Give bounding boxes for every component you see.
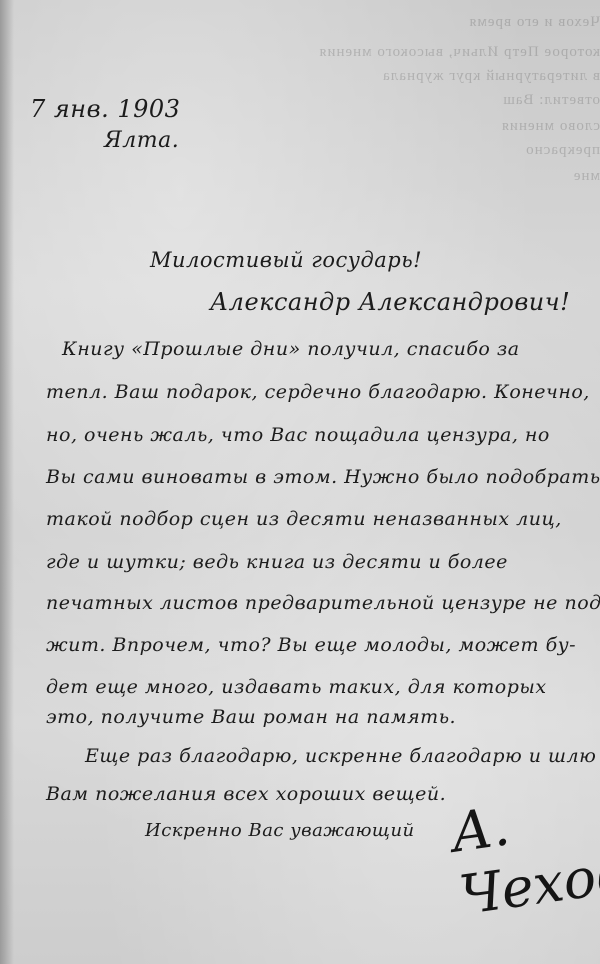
bleed-through-text: в литературный круг журнала xyxy=(0,68,600,85)
letter-place: Ялта. xyxy=(104,128,179,153)
body-line: но, очень жаль, что Вас пощадила цензура… xyxy=(46,424,550,446)
bleed-through-text: прекрасно xyxy=(0,142,600,159)
body-line: такой подбор сцен из десяти неназванных … xyxy=(46,508,562,530)
bleed-through-text: Чехов и его время xyxy=(0,14,600,31)
body-line: Еще раз благодарю, искренне благодарю и … xyxy=(85,745,596,767)
letter-page: Чехов и его время которое Петр Ильич, вы… xyxy=(0,0,600,964)
letter-date: 7 янв. 1903 xyxy=(30,95,180,123)
body-line: где и шутки; ведь книга из десяти и боле… xyxy=(46,551,508,573)
body-line: тепл. Ваш подарок, сердечно благодарю. К… xyxy=(46,381,590,403)
body-line: жит. Впрочем, что? Вы еще молоды, может … xyxy=(46,634,576,656)
bleed-through-text: мне xyxy=(0,168,600,185)
bleed-through-text: которое Петр Ильич, высокого мнения xyxy=(0,44,600,61)
closing-line: Искренно Вас уважающий xyxy=(145,820,415,841)
salutation-line-1: Милостивый государь! xyxy=(150,248,422,272)
body-line: Книгу «Прошлые дни» получил, спасибо за xyxy=(62,338,520,360)
body-line: печатных листов предварительной цензуре … xyxy=(46,592,600,614)
body-line: дет еще много, издавать таких, для котор… xyxy=(46,676,547,698)
body-line: Вы сами виноваты в этом. Нужно было подо… xyxy=(46,466,600,488)
body-line: Вам пожелания всех хороших вещей. xyxy=(46,783,446,805)
body-line: это, получите Ваш роман на память. xyxy=(46,706,456,728)
signature: А. Чехов xyxy=(447,779,600,927)
salutation-line-2: Александр Александрович! xyxy=(210,288,570,316)
